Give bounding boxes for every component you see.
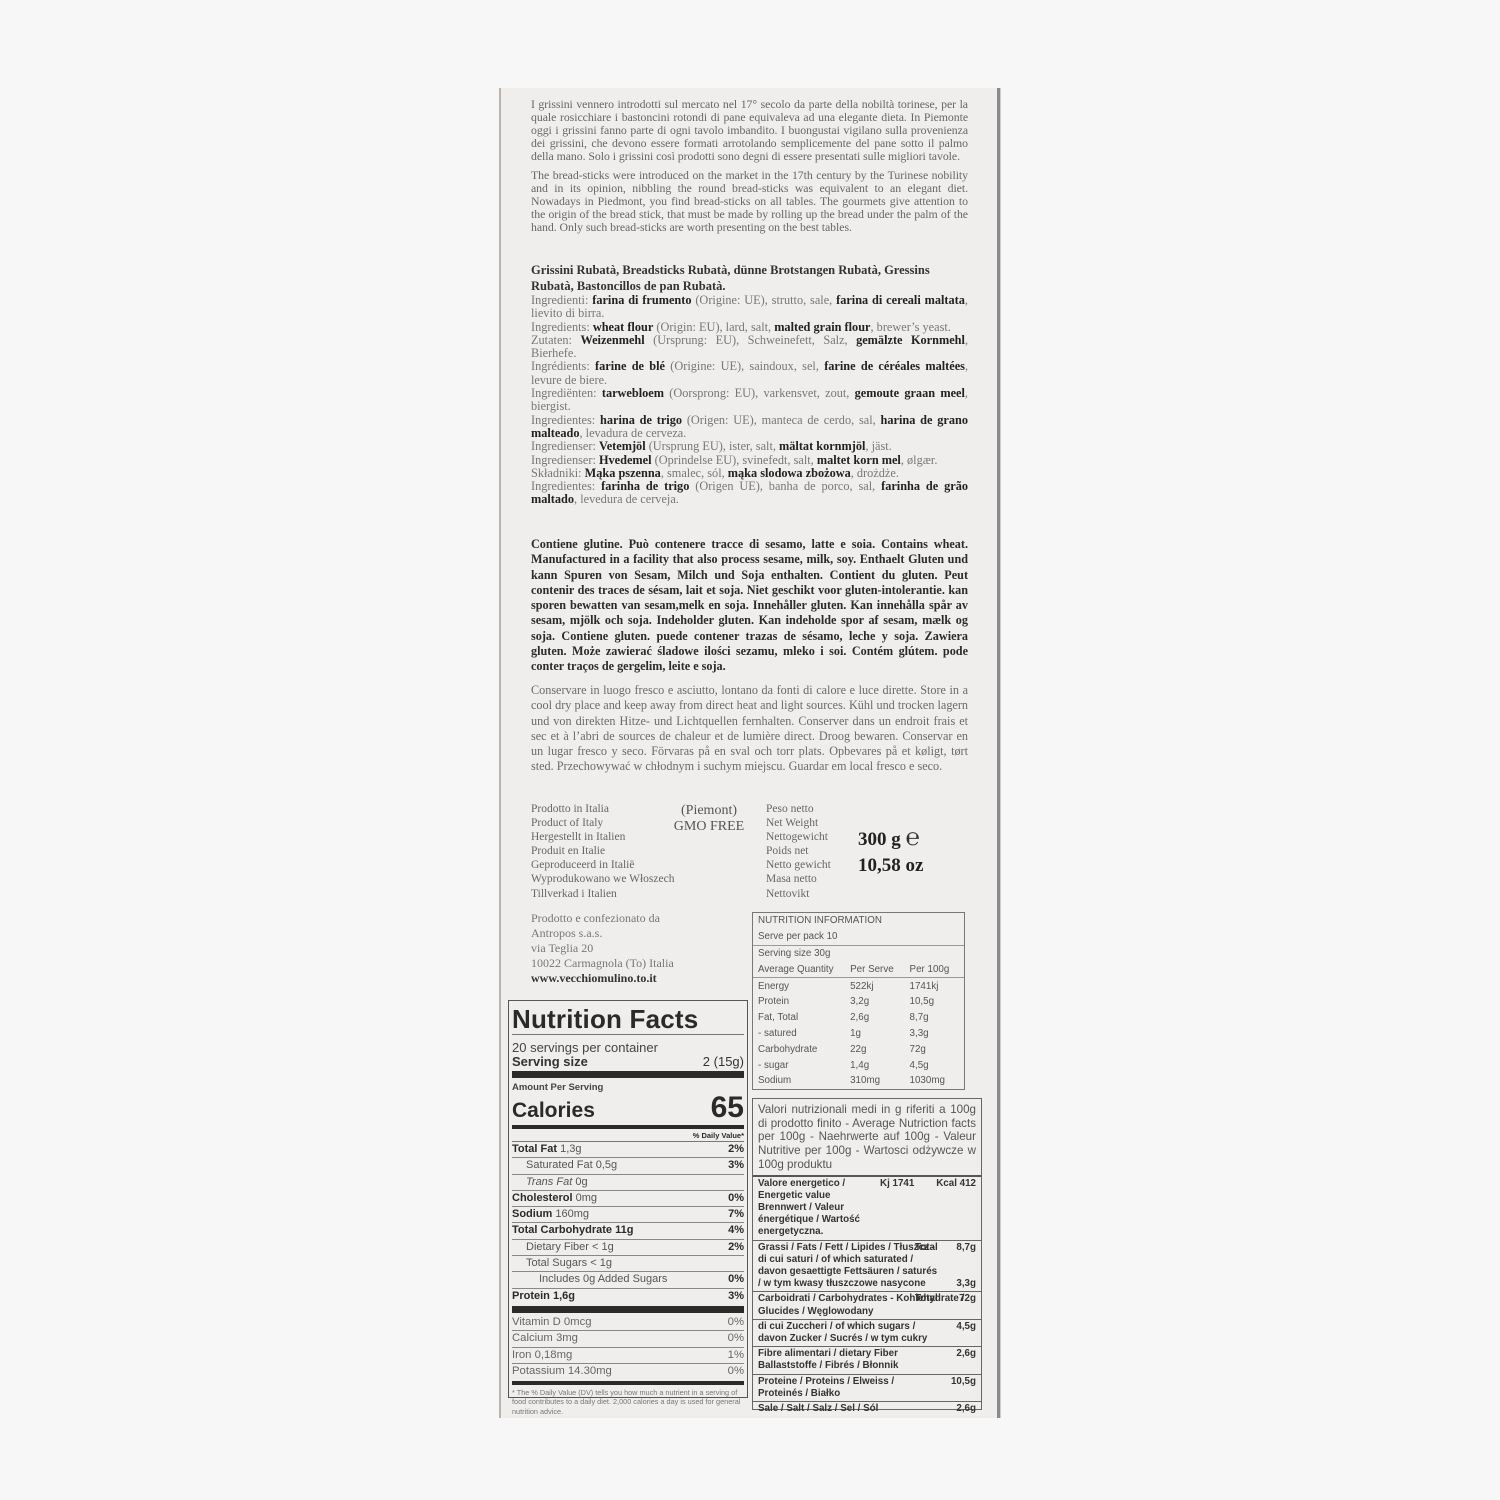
eu-row-fats: Total 8,7g 3,3g Grassi / Fats / Fett / L… [753,1241,981,1293]
ingredient-highlight: mältat kornmjöl [779,439,865,453]
ingredient-text: , brewer’s yeast. [871,320,951,334]
ingredient-text: (Oorsprong: EU), varkensvet, zout, [664,386,855,400]
eu-row-carbs: Total 72g Carboidrati / Carbohydrates - … [753,1292,981,1319]
au-cell: - sugar [758,1060,850,1071]
nf-calories: Calories 65 [512,1093,744,1123]
eu-energy-kj: Kj 1741 [880,1178,914,1190]
ingredient-text: , levedura de cerveja. [574,492,679,506]
ingredient-highlight: Vetemjöl [599,439,646,453]
nf-calories-label: Calories [512,1099,595,1123]
ingredient-entry: Ingredienser: Hvedemel (Oprindelse EU), … [531,454,968,467]
ingredient-text: (Ursprung: EU), Schweinefett, Salz, [645,333,856,347]
nf-nutrient-dv: 2% [728,1142,744,1157]
nf-nutrient-row: Total Fat 1,3g2% [512,1142,744,1158]
au-cell: 8,7g [910,1012,964,1023]
eu-protein-value: 10,5g [951,1376,976,1388]
net-weight-label: Net Weight [766,816,831,830]
eu-sugars-label: di cui Zuccheri / of which sugars / davo… [758,1321,938,1345]
allergen-statement: Contiene glutine. Può contenere tracce d… [531,537,968,675]
eu-energy-kcal: Kcal 412 [936,1178,976,1190]
nf-divider [512,1306,744,1313]
producer-city: 10022 Carmagnola (To) Italia [531,956,674,971]
au-cell: 72g [910,1044,964,1055]
au-cell: Energy [758,981,850,992]
au-cell: Fat, Total [758,1012,850,1023]
us-nutrition-facts: Nutrition Facts 20 servings per containe… [508,1000,748,1398]
origin-line: Hergestellt in Italien [531,830,674,844]
nf-dv-header: % Daily Value* [512,1131,744,1142]
net-weight-label: Masa netto [766,872,831,886]
nf-nutrient-name: Protein [512,1290,550,1302]
nf-nutrient-row: Total Carbohydrate 11g4% [512,1223,744,1239]
nf-vitamin-name: Iron 0,18mg [512,1348,572,1363]
au-row: Fat, Total2,6g8,7g [753,1010,964,1026]
ingredient-highlight: farine de blé [595,359,665,373]
ingredient-highlight: farine de céréales maltées [824,359,965,373]
ingredient-highlight: mąka slodowa zbożowa [728,466,851,480]
nf-nutrient-name: Total Carbohydrate [512,1224,612,1236]
net-weight-label: Peso netto [766,802,831,816]
origin-line: Wyprodukowano we Włoszech [531,872,674,886]
nf-nutrient-name: Includes 0g Added Sugars [539,1273,667,1285]
nf-nutrient-row: Cholesterol 0mg0% [512,1191,744,1207]
au-row: - sugar1,4g4,5g [753,1057,964,1073]
nf-nutrient-row: Sodium 160mg7% [512,1207,744,1223]
nf-nutrient-dv: 0% [728,1272,744,1287]
eu-row-energy: Kj 1741 Kcal 412 Valore energetico / Ene… [753,1177,981,1241]
ingredient-text: (Ursprung EU), ister, salt, [646,439,779,453]
country-of-origin: Prodotto in Italia Product of Italy Herg… [531,802,674,901]
ingredient-entry: Ingredients: wheat flour (Origin: EU), l… [531,321,968,334]
eu-fats-label: Grassi / Fats / Fett / Lipides / Tłuszcz… [758,1242,938,1291]
au-cell: 1g [850,1028,909,1039]
ingredient-entry: Składniki: Mąka pszenna, smalec, sól, mą… [531,467,968,480]
au-cell: 3,3g [910,1028,964,1039]
au-title: NUTRITION INFORMATION [753,913,964,929]
au-cell: 3,2g [850,996,909,1007]
au-cell: 22g [850,1044,909,1055]
ingredient-text: , levadura de cerveza. [580,426,687,440]
nf-amount-per-serving: Amount Per Serving [512,1082,744,1093]
nf-vitamin-name: Potassium 14.30mg [512,1364,612,1379]
nf-nutrient-row: Total Sugars < 1g [512,1256,744,1272]
nf-nutrient-amount: 0,5g [596,1159,617,1171]
nf-servings: 20 servings per container [512,1040,744,1055]
eu-salt-label: Sale / Salt / Salz / Sel / Sól [758,1403,976,1415]
net-weight-grams: 300 g [858,829,901,850]
nf-serving-size-label: Serving size [512,1055,588,1069]
au-row: Sodium310mg1030mg [753,1073,964,1089]
ingredient-highlight: wheat flour [593,320,653,334]
eu-row-salt: 2,6g Sale / Salt / Salz / Sel / Sól [753,1402,981,1416]
nf-nutrient-name: Total Fat [512,1143,557,1155]
ingredient-highlight: harina de trigo [600,413,682,427]
ingredient-text: , smalec, sól, [661,466,728,480]
nf-nutrient-amount: < 1g [592,1241,614,1253]
ingredient-language-label: Ingredienser: [531,453,596,467]
au-cell: Sodium [758,1075,850,1086]
nf-nutrient-name: Trans Fat [526,1176,572,1188]
net-weight-values: 300 g ℮ 10,58 oz [858,825,923,879]
au-cell: 2,6g [850,1012,909,1023]
ingredient-language-label: Ingrediënten: [531,386,597,400]
net-weight-labels: Peso netto Net Weight Nettogewicht Poids… [766,802,831,901]
au-header: Per 100g [910,964,964,975]
nf-divider [512,1125,744,1129]
nf-nutrient-row: Protein 1,6g3% [512,1289,744,1304]
eu-fats-total-label: Total [915,1242,938,1254]
au-serving-size: Serving size 30g [753,946,964,962]
ingredient-highlight: malted grain flour [774,320,870,334]
eu-fibre-value: 2,6g [956,1348,976,1360]
ingredient-entry: Ingrédients: farine de blé (Origine: UE)… [531,360,968,387]
eu-row-sugars: 4,5g di cui Zuccheri / of which sugars /… [753,1320,981,1347]
net-weight-label: Nettogewicht [766,830,831,844]
nf-nutrient-name: Dietary Fiber [526,1241,589,1253]
ingredient-language-label: Ingredientes: [531,413,595,427]
origin-line: Product of Italy [531,816,674,830]
ingredient-entry: Ingredienti: farina di frumento (Origine… [531,294,968,321]
nf-title: Nutrition Facts [512,1004,744,1035]
net-weight-label: Netto gewicht [766,858,831,872]
au-row: Energy522kj1741kj [753,978,964,994]
net-weight-label: Poids net [766,844,831,858]
nf-vitamin-name: Calcium 3mg [512,1331,578,1346]
ingredient-text: (Origine: UE), strutto, sale, [691,293,836,307]
au-cell: 10,5g [910,996,964,1007]
ingredients-list: Ingredienti: farina di frumento (Origine… [531,294,968,507]
nf-nutrient-row: Trans Fat 0g [512,1175,744,1191]
nf-nutrient-row: Includes 0g Added Sugars 0% [512,1272,744,1288]
producer-website: www.vecchiomulino.to.it [531,971,674,986]
nf-serving-size: Serving size 2 (15g) [512,1055,744,1069]
nf-calories-value: 65 [711,1093,744,1123]
au-header: Average Quantity [758,964,850,975]
nf-vitamin-dv: 0% [728,1315,744,1330]
ingredient-highlight: farina di cereali maltata [836,293,965,307]
ingredient-text: , drożdże. [851,466,899,480]
ingredient-text: (Origin: EU), lard, salt, [653,320,774,334]
history-english: The bread-sticks were introduced on the … [531,169,968,234]
au-cell: 310mg [850,1075,909,1086]
nf-vitamin-row: Potassium 14.30mg0% [512,1364,744,1379]
nf-nutrient-amount: 1,6g [553,1290,575,1302]
ingredient-language-label: Zutaten: [531,333,572,347]
ingredient-text: , ølgær. [901,453,938,467]
ingredient-highlight: Mąka pszenna [585,466,661,480]
ingredient-text: (Origen: UE), manteca de cerdo, sal, [682,413,880,427]
ingredient-language-label: Ingredients: [531,320,590,334]
au-cell: - satured [758,1028,850,1039]
nf-nutrient-amount: 160mg [555,1208,589,1220]
au-cell: 1,4g [850,1060,909,1071]
eu-sugars-value: 4,5g [956,1321,976,1333]
region-gmo-block: (Piemont) GMO FREE [666,803,752,835]
eu-row-fibre: 2,6g Fibre alimentari / dietary Fiber Ba… [753,1347,981,1374]
net-weight-ounces: 10,58 oz [858,853,923,879]
ingredient-language-label: Ingredienti: [531,293,588,307]
eu-nutrition-table: Valori nutrizionali medi in g riferiti a… [752,1098,982,1410]
nf-nutrient-row: Saturated Fat 0,5g3% [512,1158,744,1174]
ingredient-highlight: gemoute graan meel [855,386,965,400]
nf-vitamin-dv: 0% [728,1364,744,1379]
au-serve-per-pack: Serve per pack 10 [753,929,964,946]
ingredient-highlight: farinha de trigo [601,479,689,493]
ingredient-highlight: Hvedemel [599,453,652,467]
eu-intro: Valori nutrizionali medi in g riferiti a… [753,1099,981,1177]
eu-fats-total: 8,7g [956,1242,976,1254]
history-text: I grissini vennero introdotti sul mercat… [531,98,968,240]
ingredient-highlight: Weizenmehl [580,333,644,347]
nf-vitamin-row: Calcium 3mg0% [512,1331,744,1347]
nf-vitamin-dv: 0% [728,1331,744,1346]
ingredient-entry: Ingredientes: farinha de trigo (Origen U… [531,480,968,507]
storage-instructions: Conservare in luogo fresco e asciutto, l… [531,683,968,775]
ingredient-language-label: Ingredientes: [531,479,595,493]
nf-vitamin-name: Vitamin D 0mcg [512,1315,592,1330]
ingredient-highlight: farina di frumento [592,293,691,307]
ingredient-language-label: Składniki: [531,466,582,480]
producer-company: Antropos s.a.s. [531,926,674,941]
nf-divider [512,1071,744,1078]
au-cell: Protein [758,996,850,1007]
au-row: Carbohydrate22g72g [753,1041,964,1057]
nf-nutrient-name: Saturated Fat [526,1159,593,1171]
ingredient-highlight: gemälzte Kornmehl [856,333,965,347]
eu-protein-label: Proteine / Proteins / Elweiss / Proteiné… [758,1376,918,1400]
nf-nutrient-name: Total Sugars [526,1257,587,1269]
region-label: (Piemont) [666,803,752,819]
nf-vitamin-dv: 1% [728,1348,744,1363]
ingredient-text: (Origine: UE), saindoux, sel, [665,359,824,373]
nf-nutrient-amount: 0mg [576,1192,597,1204]
net-weight-label: Nettovikt [766,887,831,901]
nf-vitamin-row: Vitamin D 0mcg0% [512,1315,744,1331]
nf-nutrient-row: Dietary Fiber < 1g2% [512,1240,744,1256]
ingredient-entry: Ingredienser: Vetemjöl (Ursprung EU), is… [531,440,968,453]
nf-nutrient-dv: 3% [728,1158,744,1173]
eu-salt-value: 2,6g [956,1403,976,1415]
estimated-sign-icon: ℮ [906,824,920,851]
producer-intro: Prodotto e confezionato da [531,911,674,926]
nf-nutrient-dv: 0% [728,1191,744,1206]
au-header-row: Average Quantity Per Serve Per 100g [753,961,964,978]
product-title: Grissini Rubatà, Breadsticks Rubatà, dün… [531,262,971,294]
history-italian: I grissini vennero introdotti sul mercat… [531,98,968,163]
nf-nutrient-name: Sodium [512,1208,552,1220]
au-cell: 1030mg [910,1075,964,1086]
origin-line: Produit en Italie [531,844,674,858]
eu-carbs-total-label: Total [915,1293,938,1305]
ingredient-text: , jäst. [865,439,891,453]
ingredient-entry: Ingrediënten: tarwebloem (Oorsprong: EU)… [531,387,968,414]
eu-carbs-label: Carboidrati / Carbohydrates - Kohlehydra… [758,1293,973,1317]
origin-line: Geproduceerd in Italië [531,858,674,872]
ingredient-entry: Zutaten: Weizenmehl (Ursprung: EU), Schw… [531,334,968,361]
ingredient-text: (Origen UE), banha de porco, sal, [689,479,881,493]
gmo-free-label: GMO FREE [666,819,752,835]
nf-nutrient-amount: 1,3g [560,1143,581,1155]
nf-serving-size-value: 2 (15g) [703,1055,744,1069]
au-cell: 4,5g [910,1060,964,1071]
au-cell: 1741kj [910,981,964,992]
ingredient-highlight: maltet korn mel [817,453,901,467]
au-cell: 522kj [850,981,909,992]
nf-nutrient-amount: 11g [615,1224,633,1236]
au-row: - satured1g3,3g [753,1026,964,1042]
eu-fibre-label: Fibre alimentari / dietary Fiber Ballast… [758,1348,928,1372]
eu-carbs-total: 72g [959,1293,976,1305]
eu-fats-saturated: 3,3g [956,1278,976,1290]
origin-line: Tillverkad i Italien [531,887,674,901]
nf-nutrient-amount: 0g [575,1176,587,1188]
nf-nutrient-dv: 2% [728,1240,744,1255]
au-cell: Carbohydrate [758,1044,850,1055]
ingredient-language-label: Ingrédients: [531,359,590,373]
nf-nutrient-dv: 3% [728,1289,744,1304]
eu-energy-label: Valore energetico / Energetic value Bren… [758,1178,878,1239]
eu-row-protein: 10,5g Proteine / Proteins / Elweiss / Pr… [753,1375,981,1402]
nf-nutrient-dv: 7% [728,1207,744,1222]
nf-nutrient-amount: < 1g [590,1257,612,1269]
ingredient-language-label: Ingredienser: [531,439,596,453]
ingredient-text: (Oprindelse EU), svinefedt, salt, [652,453,817,467]
nf-footnote: * The % Daily Value (DV) tells you how m… [512,1388,744,1416]
au-header: Per Serve [850,964,909,975]
producer-street: via Teglia 20 [531,941,674,956]
au-nutrition-table: NUTRITION INFORMATION Serve per pack 10 … [752,912,965,1090]
ingredient-entry: Ingredientes: harina de trigo (Origen: U… [531,414,968,441]
ingredient-highlight: tarwebloem [602,386,664,400]
nf-divider [512,1381,744,1385]
producer-address: Prodotto e confezionato da Antropos s.a.… [531,911,674,986]
au-row: Protein3,2g10,5g [753,994,964,1010]
nf-vitamin-row: Iron 0,18mg1% [512,1348,744,1364]
origin-line: Prodotto in Italia [531,802,674,816]
nf-nutrient-name: Cholesterol [512,1192,573,1204]
nf-nutrient-dv: 4% [728,1223,744,1238]
